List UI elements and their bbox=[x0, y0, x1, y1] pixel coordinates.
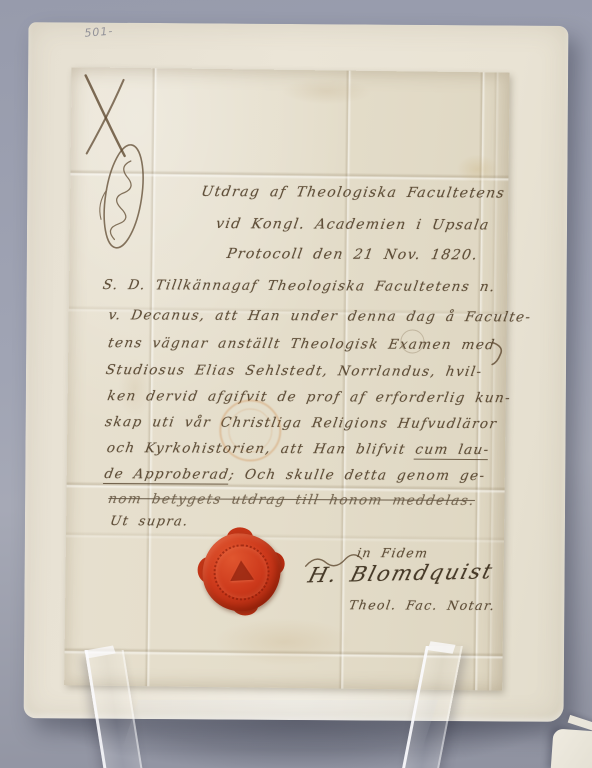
line-text: nom betygets utdrag till honom meddelas. bbox=[107, 491, 476, 509]
line-text-underlined: de Approberad bbox=[103, 466, 231, 485]
fold-crease-horizontal bbox=[66, 531, 504, 543]
heading-line-1: Utdrag af Theologiska Facultetens bbox=[187, 184, 520, 202]
wax-seal-triangle-icon bbox=[229, 560, 254, 581]
line-text: v. Decanus, att Han under denna dag å Fa… bbox=[107, 307, 533, 325]
line-text: skap uti vår Christliga Religions Hufvud… bbox=[104, 414, 499, 432]
paper-stain bbox=[456, 154, 498, 185]
handwritten-line: Studiosus Elias Sehlstedt, Norrlandus, h… bbox=[105, 362, 484, 380]
line-text: tens vägnar anställt Theologisk Examen m… bbox=[107, 335, 497, 353]
line-text: ken dervid afgifvit de prof af erforderl… bbox=[106, 388, 512, 406]
ghost-ring bbox=[400, 329, 424, 353]
ink-hook-icon bbox=[488, 340, 506, 366]
handwritten-line: ken dervid afgifvit de prof af erforderl… bbox=[106, 388, 512, 406]
document-paper: Utdrag af Theologiska Facultetens vid Ko… bbox=[64, 67, 510, 690]
handwritten-line: de Approberad; Och skulle detta genom ge… bbox=[103, 466, 487, 484]
line-text: ; Och skulle detta genom ge- bbox=[228, 467, 487, 484]
handwritten-line: skap uti vår Christliga Religions Hufvud… bbox=[104, 414, 499, 432]
signature-title: Theol. Fac. Notar. bbox=[348, 597, 497, 613]
heading-line-3: Protocoll den 21 Nov. 1820. bbox=[186, 246, 519, 264]
handwritten-line: och Kyrkohistorien, att Han blifvit cum … bbox=[106, 440, 491, 458]
heading-line-2: vid Kongl. Academien i Upsala bbox=[186, 216, 519, 234]
handwritten-line-struck: nom betygets utdrag till honom meddelas. bbox=[107, 491, 476, 509]
line-text: S. D. Tillkännagaf Theologiska Facultete… bbox=[102, 277, 497, 295]
adjacent-item-corner bbox=[551, 728, 592, 768]
closing-line: Ut supra. bbox=[109, 514, 190, 530]
paper-stain bbox=[214, 617, 355, 667]
paper-stain bbox=[281, 78, 371, 105]
signature-name: H. Blomdquist bbox=[305, 559, 496, 588]
line-text: Studiosus Elias Sehlstedt, Norrlandus, h… bbox=[105, 362, 484, 380]
fold-crease-vertical bbox=[338, 71, 352, 689]
handwritten-line: tens vägnar anställt Theologisk Examen m… bbox=[107, 335, 497, 353]
wax-seal bbox=[202, 533, 281, 612]
handwritten-line: v. Decanus, att Han under denna dag å Fa… bbox=[107, 307, 533, 325]
easel-crossbar bbox=[122, 700, 438, 750]
lot-number: 501- bbox=[84, 24, 114, 39]
handwritten-line: S. D. Tillkännagaf Theologiska Facultete… bbox=[102, 277, 497, 295]
photo-scene: 501- bbox=[0, 0, 592, 768]
mount-card: 501- bbox=[24, 22, 569, 722]
line-text-underlined: cum lau- bbox=[414, 442, 491, 460]
